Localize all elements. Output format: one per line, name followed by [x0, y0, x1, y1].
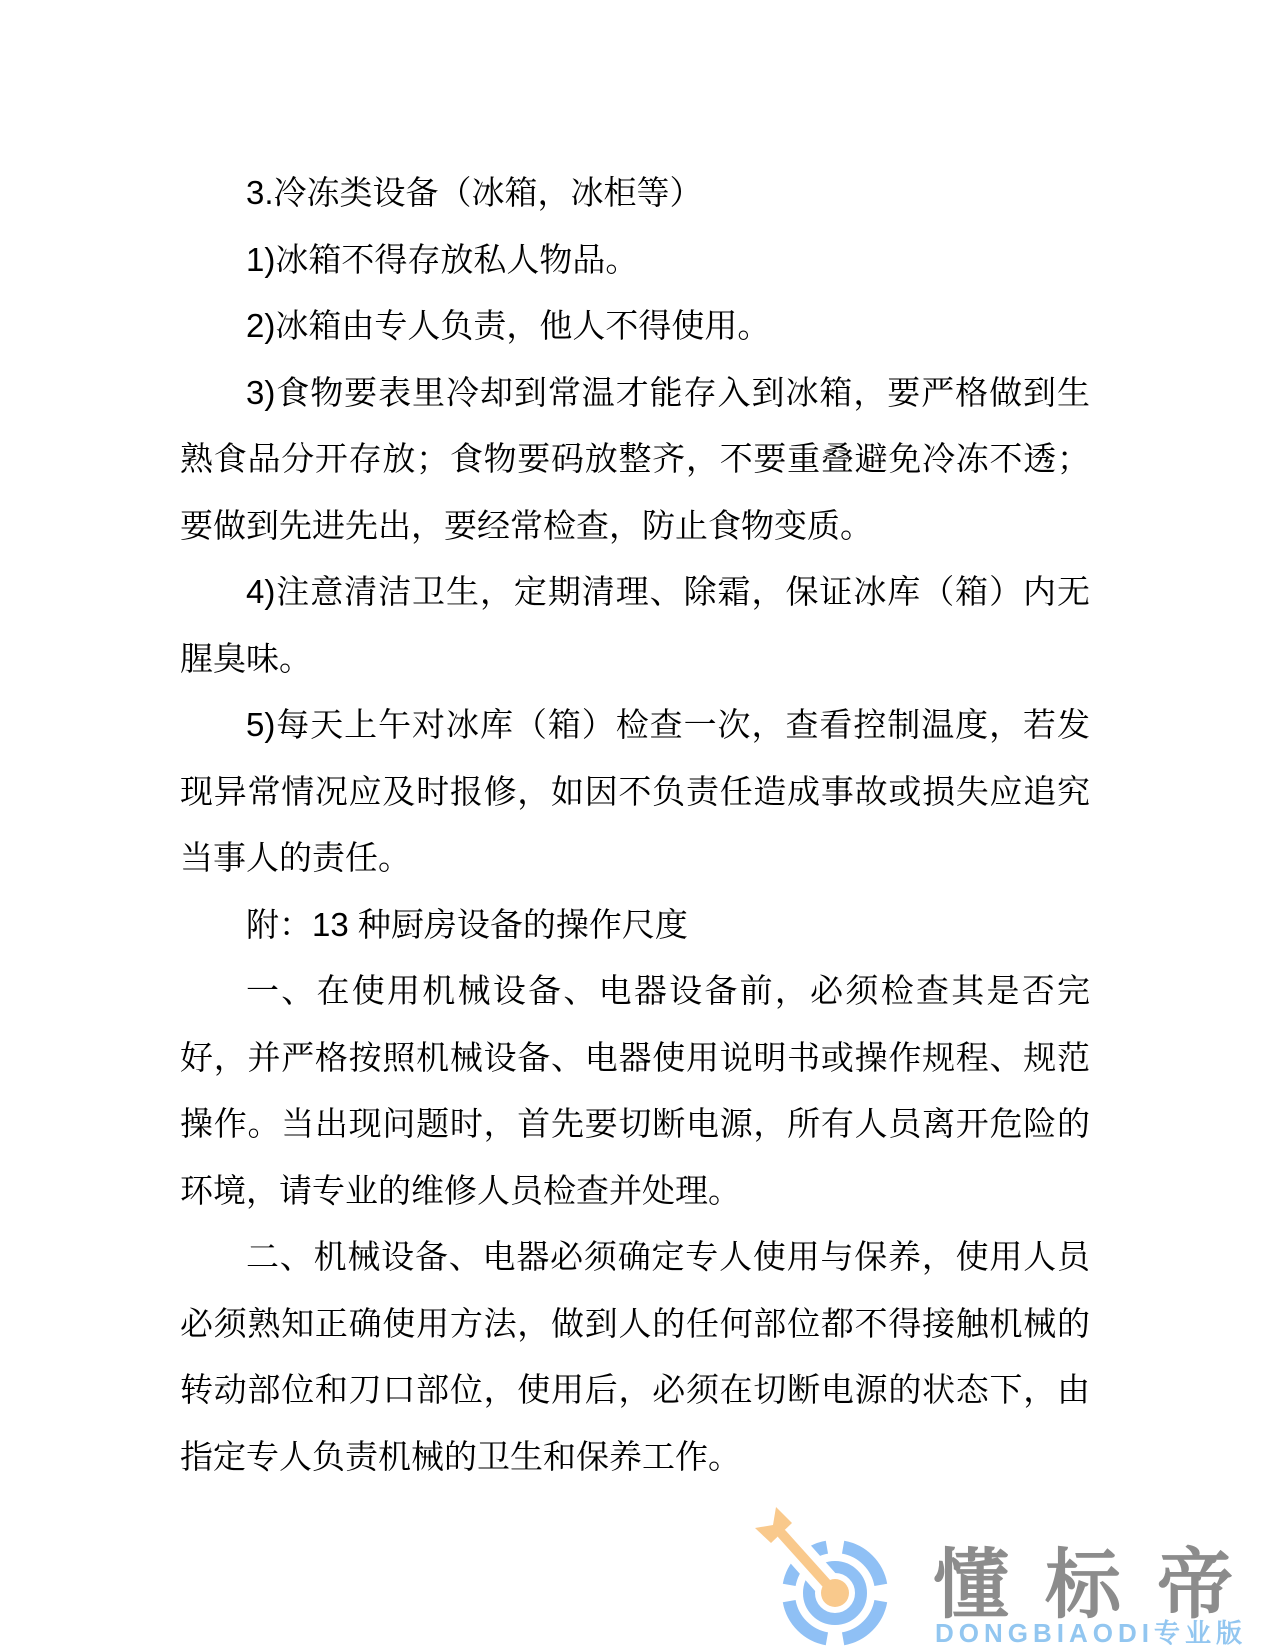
text-line: 3.冷冻类设备（冰箱，冰柜等）: [180, 160, 1090, 227]
text-line: 转动部位和刀口部位，使用后，必须在切断电源的状态下，由: [180, 1357, 1090, 1424]
document-page: 3.冷冻类设备（冰箱，冰柜等）1)冰箱不得存放私人物品。2)冰箱由专人负责，他人…: [0, 0, 1275, 1651]
text-line: 熟食品分开存放；食物要码放整齐，不要重叠避免冷冻不透；: [180, 426, 1090, 493]
text-line: 4)注意清洁卫生，定期清理、除霜，保证冰库（箱）内无: [180, 559, 1090, 626]
text-line: 腥臭味。: [180, 626, 1090, 693]
dart-casing: [779, 1530, 835, 1593]
text-line: 二、机械设备、电器必须确定专人使用与保养，使用人员: [180, 1224, 1090, 1291]
text-line: 现异常情况应及时报修，如因不负责任造成事故或损失应追究: [180, 759, 1090, 826]
text-line: 一、在使用机械设备、电器设备前，必须检查其是否完: [180, 958, 1090, 1025]
dart-head: [821, 1579, 849, 1607]
text-line: 好，并严格按照机械设备、电器使用说明书或操作规程、规范: [180, 1025, 1090, 1092]
text-line: 附：13 种厨房设备的操作尺度: [180, 892, 1090, 959]
text-line: 1)冰箱不得存放私人物品。: [180, 227, 1090, 294]
target-outer-ring: [789, 1547, 881, 1639]
target-with-dart-icon: [755, 1498, 895, 1648]
text-line: 操作。当出现问题时，首先要切断电源，所有人员离开危险的: [180, 1091, 1090, 1158]
watermark-subtitle-text: DONGBIAODI专业版: [935, 1620, 1247, 1646]
text-line: 当事人的责任。: [180, 825, 1090, 892]
text-line: 2)冰箱由专人负责，他人不得使用。: [180, 293, 1090, 360]
text-line: 环境，请专业的维修人员检查并处理。: [180, 1158, 1090, 1225]
text-line: 3)食物要表里冷却到常温才能存入到冰箱，要严格做到生: [180, 360, 1090, 427]
dart-shaft: [782, 1534, 835, 1593]
dart-feather: [755, 1507, 792, 1543]
text-line: 5)每天上午对冰库（箱）检查一次，查看控制温度，若发: [180, 692, 1090, 759]
text-line: 必须熟知正确使用方法，做到人的任何部位都不得接触机械的: [180, 1291, 1090, 1358]
target-middle-ring: [809, 1567, 861, 1619]
document-body: 3.冷冻类设备（冰箱，冰柜等）1)冰箱不得存放私人物品。2)冰箱由专人负责，他人…: [180, 160, 1090, 1490]
text-line: 要做到先进先出，要经常检查，防止食物变质。: [180, 493, 1090, 560]
watermark-brand-text: 懂标帝: [933, 1548, 1269, 1624]
text-line: 指定专人负责机械的卫生和保养工作。: [180, 1424, 1090, 1491]
